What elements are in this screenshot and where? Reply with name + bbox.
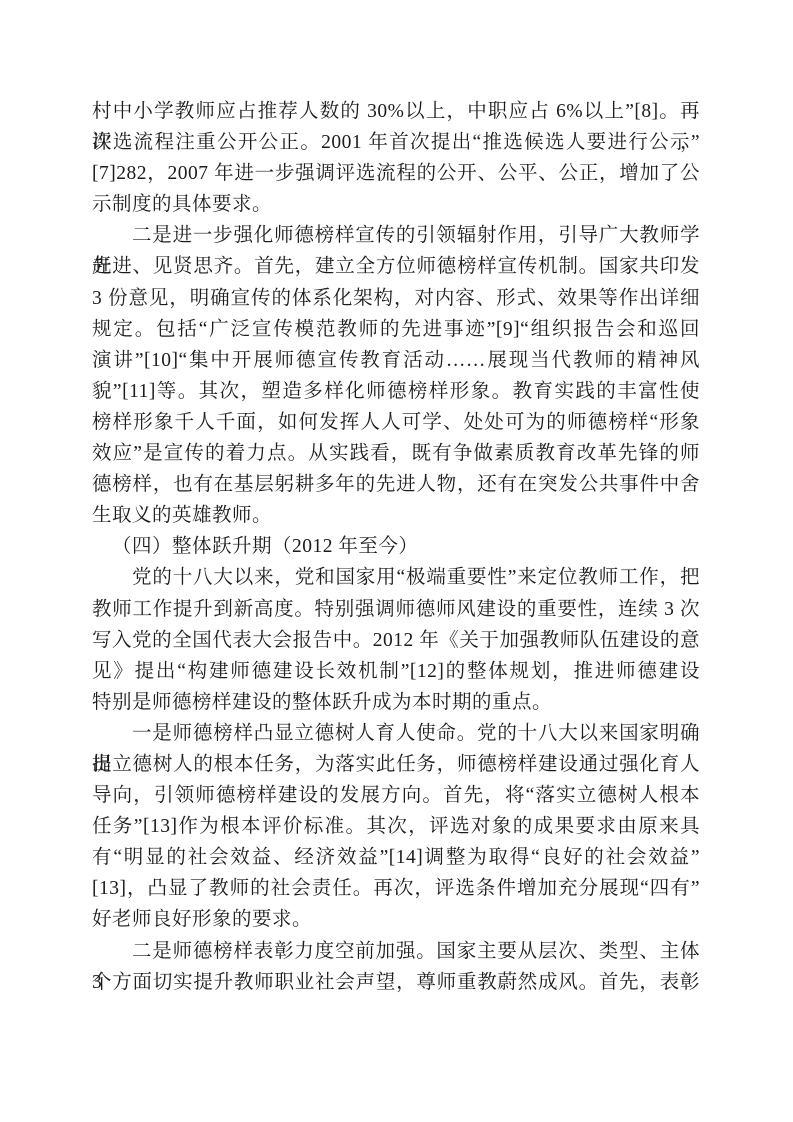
text-line: 党的十八大以来，党和国家用“极端重要性”来定位教师工作，把 (92, 562, 700, 593)
paper-page: 村中小学教师应占推荐人数的 30%以上，中职应占 6%以上”[8]。再次，评选流… (0, 0, 793, 1122)
paragraph-commendation-strength: 二是师德榜样表彰力度空前加强。国家主要从层次、类型、主体 3个方面切实提升教师职… (92, 936, 700, 998)
text-line: 导向，引领师德榜样建设的发展方向。首先，将“落实立德树人根本 (92, 780, 700, 811)
text-line: 榜样形象千人千面，如何发挥人人可学、处处可为的师德榜样“形象 (92, 407, 700, 438)
text-line: 生取义的英雄教师。 (92, 500, 700, 531)
text-line: 出立德树人的根本任务，为落实此任务，师德榜样建设通过强化育人 (92, 749, 700, 780)
text-line: 效应”是宣传的着力点。从实践看，既有争做素质教育改革先锋的师 (92, 438, 700, 469)
heading-section-4: （四）整体跃升期（2012 年至今） (92, 531, 700, 562)
text-line: 演讲”[10]“集中开展师德宣传教育活动……展现当代教师的精神风 (92, 345, 700, 376)
text-line: 二是进一步强化师德榜样宣传的引领辐射作用，引导广大教师学赶 (92, 220, 700, 251)
paragraph-evaluation-process: 村中小学教师应占推荐人数的 30%以上，中职应占 6%以上”[8]。再次，评选流… (92, 96, 700, 220)
text-line: 先进、见贤思齐。首先，建立全方位师德榜样宣传机制。国家共印发 (92, 251, 700, 282)
text-line: 村中小学教师应占推荐人数的 30%以上，中职应占 6%以上”[8]。再次， (92, 96, 700, 127)
document-body: 村中小学教师应占推荐人数的 30%以上，中职应占 6%以上”[8]。再次，评选流… (92, 96, 700, 998)
paragraph-publicity-radiation: 二是进一步强化师德榜样宣传的引领辐射作用，引导广大教师学赶先进、见贤思齐。首先，… (92, 220, 700, 531)
text-line: 好老师良好形象的要求。 (92, 904, 700, 935)
paragraph-18th-congress: 党的十八大以来，党和国家用“极端重要性”来定位教师工作，把教师工作提升到新高度。… (92, 562, 700, 717)
text-line: [7]282，2007 年进一步强调评选流程的公开、公平、公正，增加了公 (92, 158, 700, 189)
text-line: 特别是师德榜样建设的整体跃升成为本时期的重点。 (92, 687, 700, 718)
text-line: 德榜样，也有在基层躬耕多年的先进人物，还有在突发公共事件中舍 (92, 469, 700, 500)
text-line: 见》提出“构建师德建设长效机制”[12]的整体规划，推进师德建设 (92, 656, 700, 687)
section-heading-line: （四）整体跃升期（2012 年至今） (92, 531, 700, 562)
text-line: 写入党的全国代表大会报告中。2012 年《关于加强教师队伍建设的意 (92, 625, 700, 656)
text-line: 有“明显的社会效益、经济效益”[14]调整为取得“良好的社会效益” (92, 842, 700, 873)
text-line: 3 份意见，明确宣传的体系化架构，对内容、形式、效果等作出详细 (92, 283, 700, 314)
text-line: 二是师德榜样表彰力度空前加强。国家主要从层次、类型、主体 3 (92, 936, 700, 967)
text-line: 一是师德榜样凸显立德树人育人使命。党的十八大以来国家明确提 (92, 718, 700, 749)
text-line: 规定。包括“广泛宣传模范教师的先进事迹”[9]“组织报告会和巡回 (92, 314, 700, 345)
text-line: 评选流程注重公开公正。2001 年首次提出“推选候选人要进行公示” (92, 127, 700, 158)
paragraph-lide-shuren: 一是师德榜样凸显立德树人育人使命。党的十八大以来国家明确提出立德树人的根本任务，… (92, 718, 700, 936)
text-line: 任务”[13]作为根本评价标准。其次，评选对象的成果要求由原来具 (92, 811, 700, 842)
text-line: 貌”[11]等。其次，塑造多样化师德榜样形象。教育实践的丰富性使 (92, 376, 700, 407)
text-line: 教师工作提升到新高度。特别强调师德师风建设的重要性，连续 3 次 (92, 594, 700, 625)
text-line: [13]，凸显了教师的社会责任。再次，评选条件增加充分展现“四有” (92, 873, 700, 904)
text-line: 个方面切实提升教师职业社会声望，尊师重教蔚然成风。首先，表彰 (92, 967, 700, 998)
text-line: 示制度的具体要求。 (92, 189, 700, 220)
